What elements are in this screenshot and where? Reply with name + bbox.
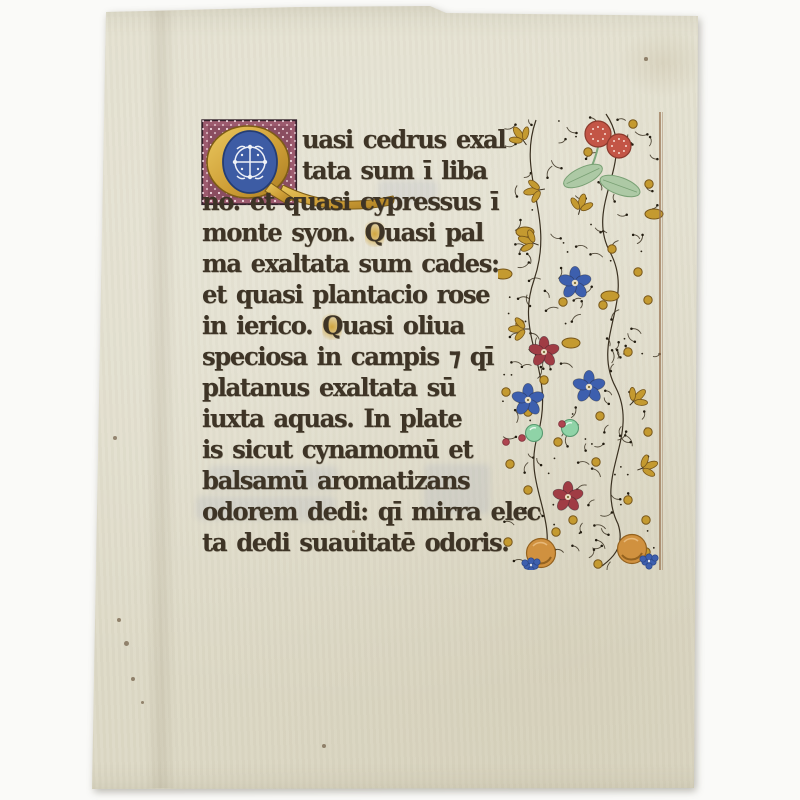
text-line: no. et quasi cypressus ī xyxy=(202,186,495,217)
text-line: uasi cedrus exal xyxy=(302,124,498,155)
text-line: ta dedi suauitatē odoris. xyxy=(202,527,495,558)
gold-trefoil-leaf xyxy=(633,451,662,482)
text-line: tata sum ī liba xyxy=(302,155,498,186)
gold-pod xyxy=(498,269,512,279)
photo-background: uasi cedrus exaltata sum ī libano. et qu… xyxy=(0,0,800,800)
gold-touched-capital: Q xyxy=(322,311,342,340)
blue-floret xyxy=(640,554,658,569)
blue-flower xyxy=(572,370,607,403)
green-leaf xyxy=(597,171,642,201)
gold-pod xyxy=(562,338,580,348)
blue-flower xyxy=(558,266,593,299)
stain-speck xyxy=(141,701,144,704)
gold-touched-capital: Q xyxy=(365,218,385,247)
strawberry xyxy=(607,134,631,158)
stain-speck xyxy=(113,436,117,440)
gold-trefoil-leaf xyxy=(566,191,596,218)
red-flower xyxy=(552,481,585,512)
parchment-fold-shadow xyxy=(146,10,176,788)
red-bud xyxy=(519,435,526,442)
green-berry xyxy=(526,425,543,442)
text-line: is sicut cynamomū et xyxy=(202,434,495,465)
parchment-stain xyxy=(618,28,708,98)
leaf-shadow-wrap: uasi cedrus exaltata sum ī libano. et qu… xyxy=(0,0,800,800)
stain-speck xyxy=(131,677,135,681)
manuscript-leaf: uasi cedrus exaltata sum ī libano. et qu… xyxy=(0,0,800,800)
gold-pod xyxy=(601,291,619,301)
red-bud xyxy=(503,439,510,446)
text-line: monte syon. Quasi pal xyxy=(202,217,495,248)
stain-speck xyxy=(117,618,121,622)
text-line: platanus exaltata sū xyxy=(202,372,495,403)
floral-border xyxy=(498,112,664,570)
stain-speck xyxy=(124,641,129,646)
red-bud xyxy=(559,421,566,428)
text-line: iuxta aquas. In plate xyxy=(202,403,495,434)
text-line: ma exaltata sum cades: xyxy=(202,248,495,279)
blue-floret xyxy=(522,558,540,570)
text-line: odorem dedi: qī mirra elec xyxy=(202,496,495,527)
gold-trefoil-leaf xyxy=(509,316,531,342)
stain-speck xyxy=(322,744,326,748)
gold-trefoil-leaf xyxy=(522,176,548,205)
latin-text-block: uasi cedrus exaltata sum ī libano. et qu… xyxy=(202,124,504,558)
text-line: et quasi plantacio rose xyxy=(202,279,495,310)
text-line: in ierico. Quasi oliua xyxy=(202,310,495,341)
green-leaf xyxy=(560,159,605,192)
text-line: speciosa in campis ⁊ qī xyxy=(202,341,495,372)
gold-trefoil-leaf xyxy=(621,381,654,414)
text-line: balsamū aromatizans xyxy=(202,465,495,496)
